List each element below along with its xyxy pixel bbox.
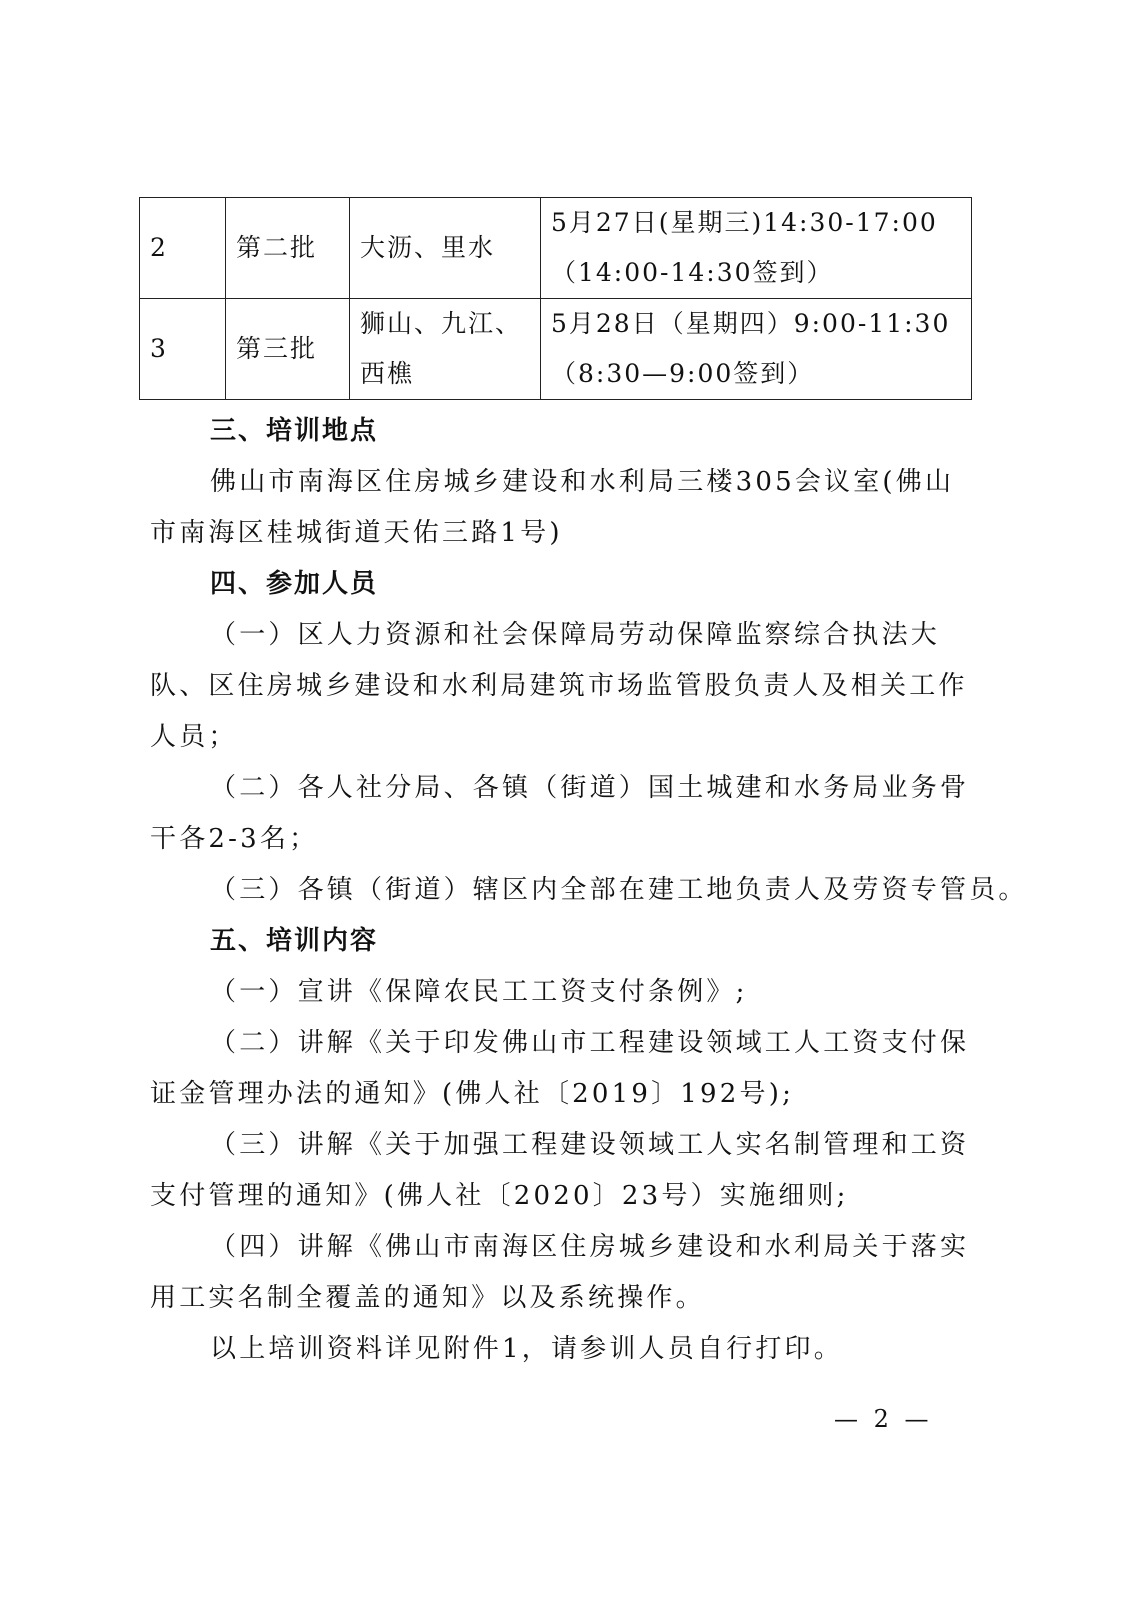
- paragraph-line: （一）区人力资源和社会保障局劳动保障监察综合执法大: [210, 609, 940, 661]
- section-heading-location: 三、培训地点: [210, 405, 378, 457]
- sign-in-time: （14:00-14:30签到）: [551, 248, 971, 298]
- paragraph-line: 用工实名制全覆盖的通知》以及系统操作。: [150, 1272, 705, 1324]
- area-cell: 大沥、里水: [350, 198, 541, 299]
- time-cell: 5月27日(星期三)14:30-17:00 （14:00-14:30签到）: [541, 198, 972, 299]
- section-heading-attendees: 四、参加人员: [210, 558, 378, 610]
- paragraph-line: 以上培训资料详见附件1，请参训人员自行打印。: [210, 1323, 843, 1375]
- paragraph-line: 证金管理办法的通知》(佛人社〔2019〕192号);: [150, 1068, 794, 1120]
- section-heading-content: 五、培训内容: [210, 915, 378, 967]
- table-row: 3 第三批 狮山、九江、 西樵 5月28日（星期四）9:00-11:30 （8:…: [140, 299, 972, 400]
- time-range: 5月27日(星期三)14:30-17:00: [551, 198, 971, 248]
- paragraph-line: 队、区住房城乡建设和水利局建筑市场监管股负责人及相关工作: [150, 660, 968, 712]
- area-line: 西樵: [360, 349, 540, 399]
- paragraph-line: （三）讲解《关于加强工程建设领域工人实名制管理和工资: [210, 1119, 969, 1171]
- document-page: 2 第二批 大沥、里水 5月27日(星期三)14:30-17:00 （14:00…: [0, 0, 1131, 1600]
- sign-in-time: （8:30—9:00签到）: [551, 349, 971, 399]
- paragraph-line: 支付管理的通知》(佛人社〔2020〕23号）实施细则;: [150, 1170, 849, 1222]
- schedule-table: 2 第二批 大沥、里水 5月27日(星期三)14:30-17:00 （14:00…: [139, 197, 972, 400]
- time-cell: 5月28日（星期四）9:00-11:30 （8:30—9:00签到）: [541, 299, 972, 400]
- row-number: 2: [140, 198, 226, 299]
- paragraph-line: （一）宣讲《保障农民工工资支付条例》;: [210, 966, 748, 1018]
- paragraph-line: 干各2-3名；: [150, 813, 318, 865]
- page-number: — 2 —: [834, 1405, 933, 1433]
- paragraph-line: （三）各镇（街道）辖区内全部在建工地负责人及劳资专管员。: [210, 864, 1028, 916]
- area-cell: 狮山、九江、 西樵: [350, 299, 541, 400]
- paragraph-line: 市南海区桂城街道天佑三路1号): [150, 507, 563, 559]
- time-range: 5月28日（星期四）9:00-11:30: [551, 299, 971, 349]
- area-line: 狮山、九江、: [360, 299, 540, 349]
- table-row: 2 第二批 大沥、里水 5月27日(星期三)14:30-17:00 （14:00…: [140, 198, 972, 299]
- paragraph-line: （四）讲解《佛山市南海区住房城乡建设和水利局关于落实: [210, 1221, 969, 1273]
- row-number: 3: [140, 299, 226, 400]
- batch-name: 第二批: [226, 198, 350, 299]
- paragraph-line: 佛山市南海区住房城乡建设和水利局三楼305会议室(佛山: [210, 456, 954, 508]
- paragraph-line: （二）各人社分局、各镇（街道）国土城建和水务局业务骨: [210, 762, 969, 814]
- batch-name: 第三批: [226, 299, 350, 400]
- paragraph-line: 人员；: [150, 711, 238, 763]
- paragraph-line: （二）讲解《关于印发佛山市工程建设领域工人工资支付保: [210, 1017, 969, 1069]
